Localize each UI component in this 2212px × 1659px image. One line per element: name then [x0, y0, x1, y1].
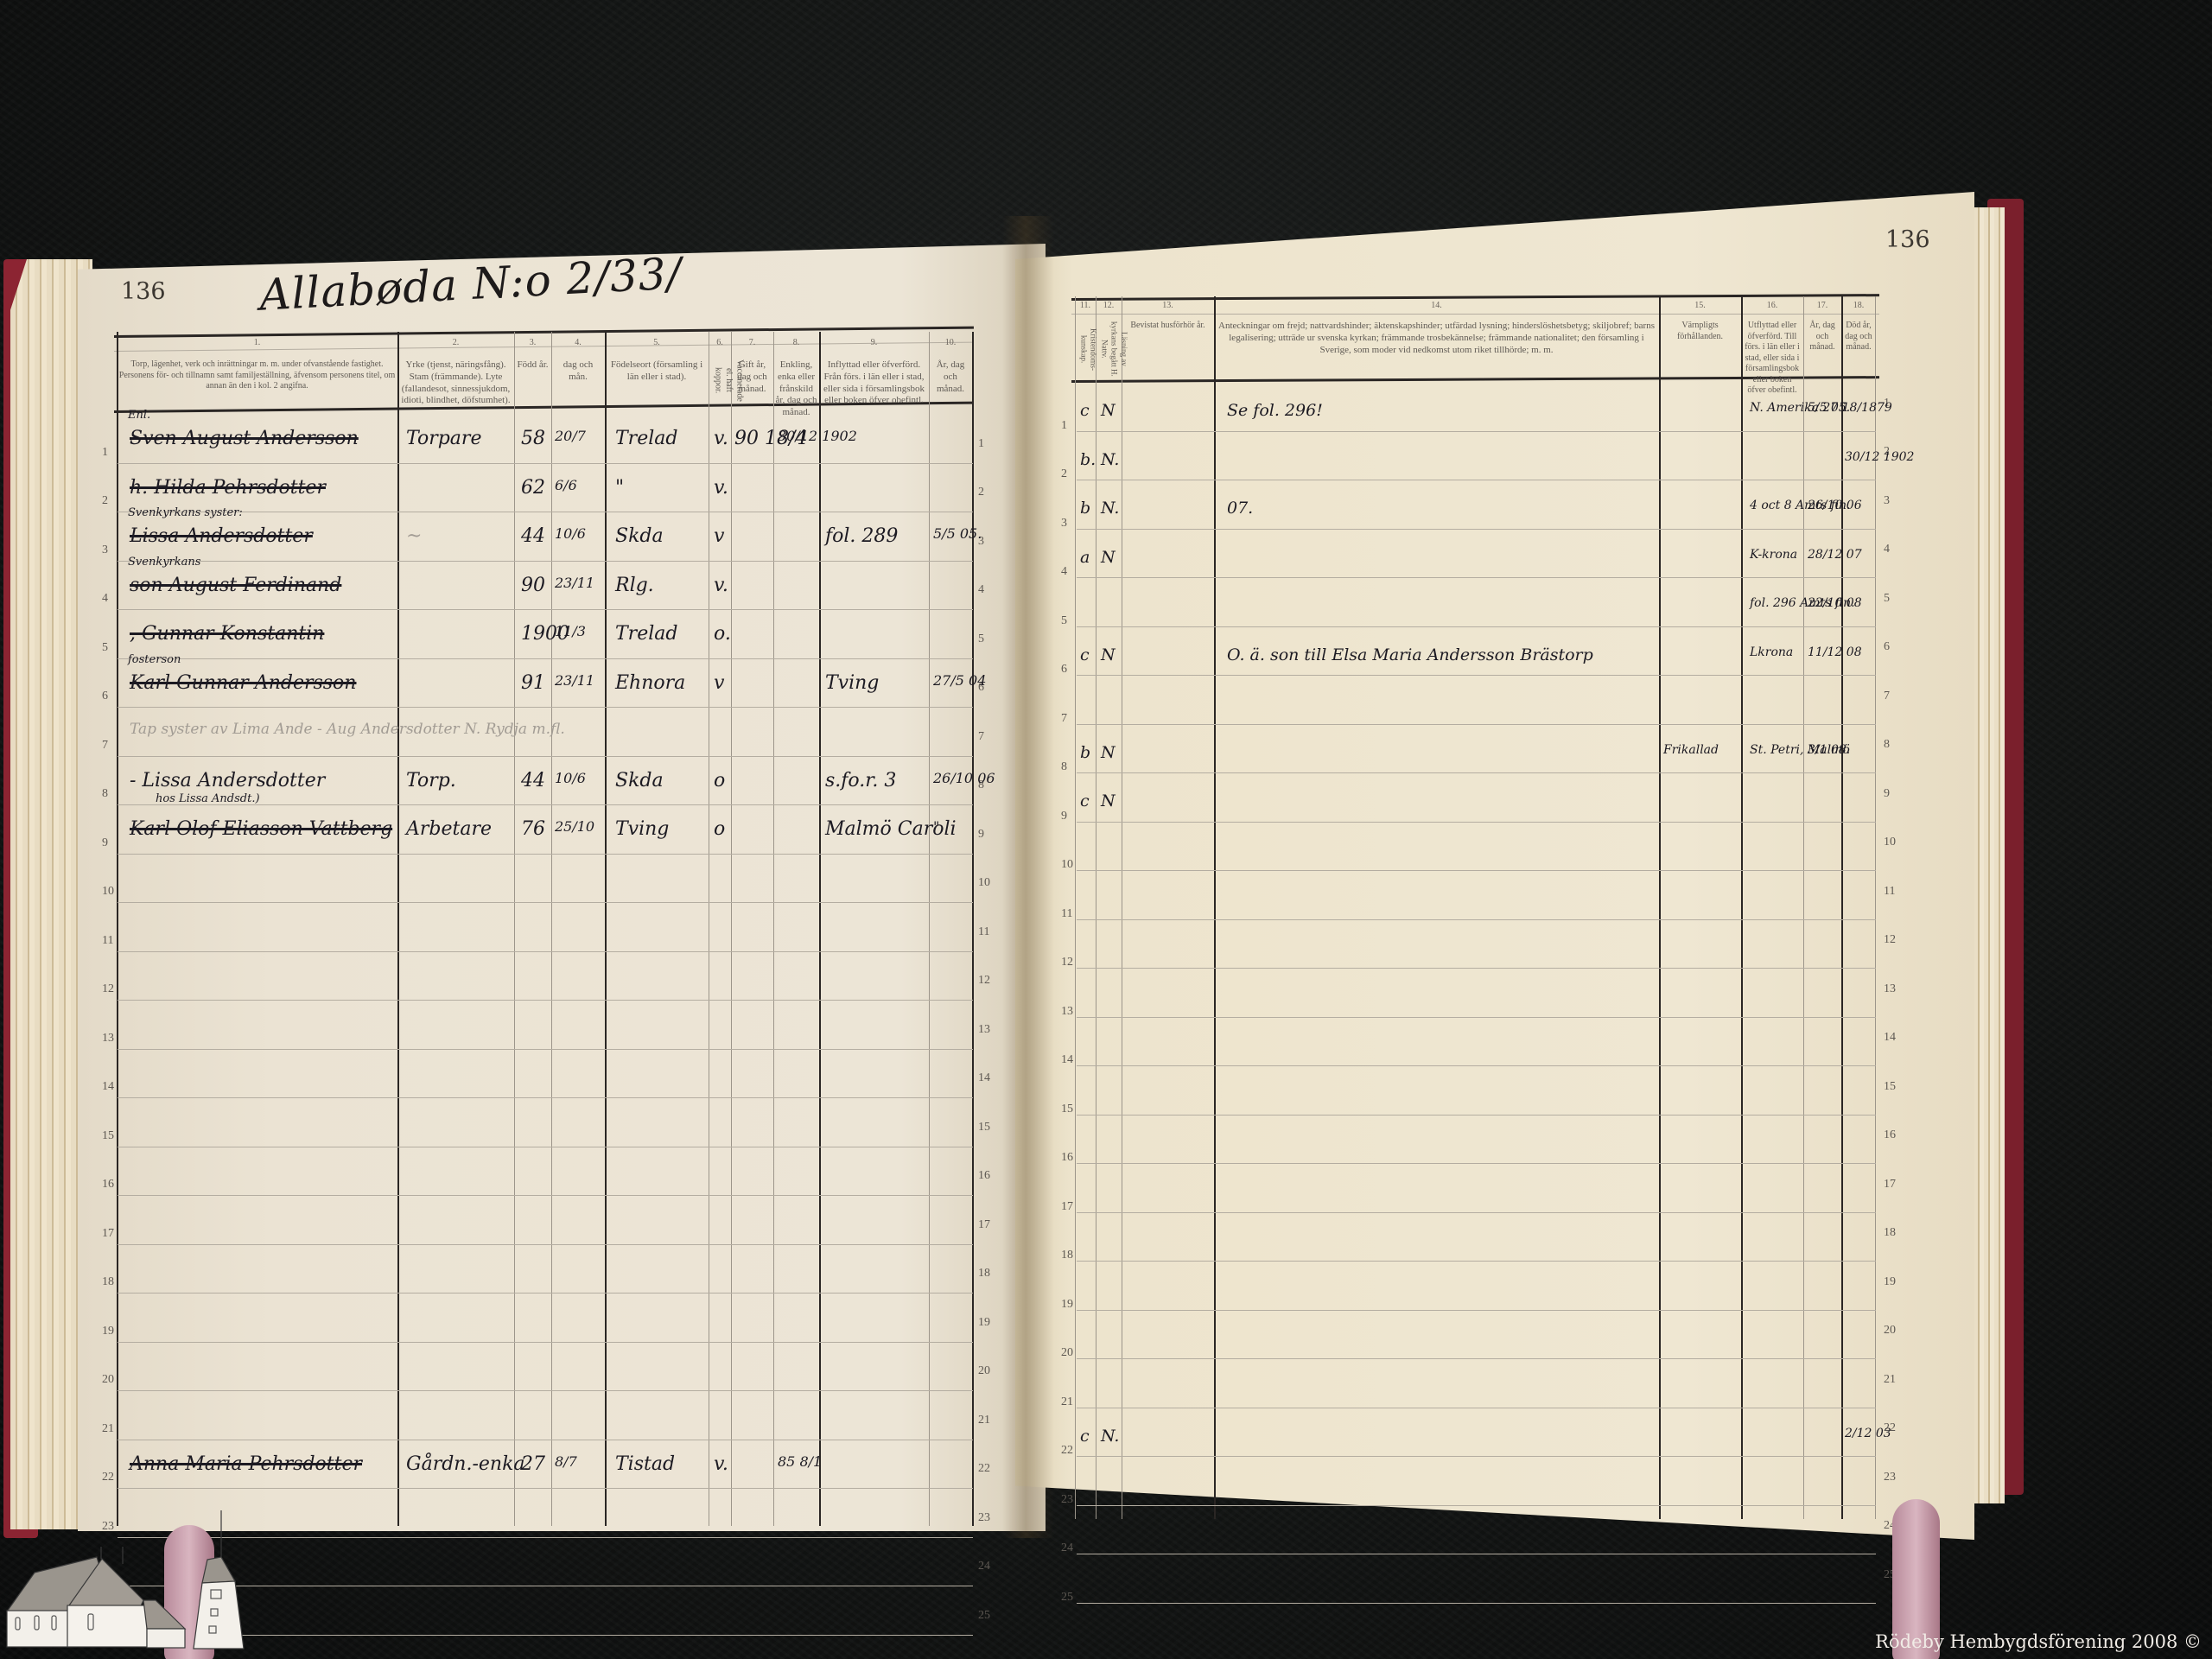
row-number-far-right: 9 [1884, 787, 1890, 801]
row-line-right [1077, 1456, 1876, 1457]
entry-moved-date: 5/5 05. [1808, 401, 1850, 415]
row-line-right [1077, 626, 1876, 627]
column-header: Födelseort (församling i län eller i sta… [607, 359, 707, 384]
entry-date: 6/6 [555, 477, 577, 493]
row-line [118, 902, 973, 903]
entry-year: 90 [521, 575, 545, 596]
row-line-right [1077, 772, 1876, 773]
column-number-right: 16. [1741, 301, 1803, 310]
row-line [118, 854, 973, 855]
entry-vacc: v [714, 672, 724, 694]
column-number: 3. [514, 338, 551, 347]
row-number-right: 13 [1061, 1005, 1073, 1019]
row-number-far-right: 7 [1884, 690, 1890, 703]
row-number-far-right: 3 [1884, 494, 1890, 508]
entry-moved-date: " [933, 818, 939, 835]
row-number-right: 17 [1061, 1200, 1073, 1214]
row-line [118, 951, 973, 952]
row-line-right [1077, 968, 1876, 969]
row-number-right-margin: 10 [978, 876, 990, 890]
row-number-right: 18 [1061, 1249, 1073, 1262]
entry-knowledge: c [1080, 791, 1090, 810]
row-number-right: 24 [1061, 1541, 1073, 1555]
row-line-right [1077, 480, 1876, 480]
row-number: 7 [102, 739, 108, 753]
row-number-right-margin: 13 [978, 1023, 990, 1037]
row-number-right: 6 [1061, 663, 1067, 677]
entry-date: 23/11 [555, 672, 594, 689]
row-number: 5 [102, 641, 108, 655]
row-number-right: 14 [1061, 1053, 1073, 1067]
column-number-right: 15. [1659, 301, 1741, 310]
entry-birthplace: Skda [615, 770, 664, 791]
row-line [118, 1147, 973, 1147]
row-number-right: 16 [1061, 1151, 1073, 1165]
row-number-far-right: 13 [1884, 982, 1896, 996]
row-number-right-margin: 16 [978, 1169, 990, 1183]
page-number-left: 136 [121, 278, 166, 305]
row-number-right: 10 [1061, 858, 1073, 872]
entry-name: - Lissa Andersdotter [130, 770, 325, 791]
row-number-right-margin: 1 [978, 437, 984, 451]
row-line [118, 561, 973, 562]
church-and-bell-tower-icon [0, 1503, 259, 1650]
entry-knowledge: c [1080, 401, 1090, 420]
row-number-right: 8 [1061, 760, 1067, 774]
row-line-right [1077, 724, 1876, 725]
row-number-right-margin: 14 [978, 1071, 990, 1085]
row-line-right [1077, 431, 1876, 432]
column-header-right: Utflyttad eller öfverförd. Till förs. i … [1744, 321, 1801, 397]
column-number-right: 12. [1096, 301, 1122, 310]
row-number: 14 [102, 1080, 114, 1094]
row-number-right-margin: 19 [978, 1316, 990, 1330]
entry-birthplace: Trelad [615, 428, 677, 449]
row-number: 9 [102, 836, 108, 850]
column-header-right: Kristendoms-kunskap. [1078, 319, 1098, 379]
entry-occupation: Torpare [406, 428, 481, 449]
row-number-right: 21 [1061, 1395, 1073, 1409]
row-number-right: 4 [1061, 565, 1067, 579]
row-number: 2 [102, 494, 108, 508]
entry-date: 25/10 [555, 818, 594, 835]
entry-date: 10/6 [555, 770, 586, 786]
entry-moved-date: 5/5 05. [933, 525, 982, 542]
row-number-right-margin: 25 [978, 1609, 990, 1623]
entry-died: 30/12 1902 [1845, 450, 1914, 464]
column-number: 6. [709, 338, 731, 347]
row-number-right-margin: 11 [978, 925, 989, 939]
entry-note: Svenkyrkans syster: [128, 506, 243, 519]
column-number-right: 14. [1214, 301, 1659, 310]
entry-to: K-krona [1750, 548, 1797, 562]
row-line [118, 1488, 973, 1489]
right-page [1015, 192, 1974, 1540]
column-header: År, dag och månad. [931, 359, 970, 395]
row-number-right-margin: 5 [978, 632, 984, 646]
entry-communion: N [1101, 548, 1116, 567]
entry-name: Karl Gunnar Andersson [130, 672, 356, 694]
page-number-right: 136 [1885, 226, 1930, 253]
entry-military: Frikallad [1663, 743, 1719, 757]
row-number-right: 22 [1061, 1444, 1073, 1458]
entry-year: 44 [521, 525, 545, 547]
column-header: Född år. [516, 359, 550, 372]
entry-vacc: v. [714, 1453, 728, 1475]
row-number: 3 [102, 543, 108, 557]
entry-date: 23/11 [555, 575, 594, 591]
entry-birthplace: Skda [615, 525, 664, 547]
row-line [118, 1342, 973, 1343]
row-line-right [1077, 577, 1876, 578]
entry-year: 62 [521, 477, 545, 499]
column-header: Enkling, enka eller frånskild år, dag oc… [775, 359, 817, 419]
row-line [118, 1049, 973, 1050]
row-number-right: 23 [1061, 1493, 1073, 1507]
row-number-far-right: 16 [1884, 1128, 1896, 1142]
entry-year: 44 [521, 770, 545, 791]
entry-communion: N. [1101, 1427, 1119, 1446]
row-number-far-right: 5 [1884, 592, 1890, 606]
entry-knowledge: b [1080, 499, 1090, 518]
entry-year: 27 [521, 1453, 545, 1475]
column-number: 2. [397, 338, 514, 347]
entry-widowed: 30/12 1902 [778, 428, 857, 444]
row-line-right [1077, 529, 1876, 530]
entry-occupation: Arbetare [406, 818, 492, 840]
column-header-right: Anteckningar om frejd; nattvardshinder; … [1217, 321, 1656, 356]
column-divider-right [1075, 296, 1076, 1519]
column-number: 9. [819, 338, 929, 347]
row-line-right [1077, 1261, 1876, 1262]
row-number: 10 [102, 885, 114, 899]
row-line-right [1077, 1065, 1876, 1066]
row-line-right [1077, 1310, 1876, 1311]
column-number: 10. [929, 338, 972, 347]
entry-vacc: v [714, 525, 724, 547]
entry-date: 20/7 [555, 428, 586, 444]
entry-vacc: o. [714, 623, 731, 645]
row-number: 8 [102, 787, 108, 801]
row-number: 1 [102, 446, 108, 460]
column-number: 5. [605, 338, 709, 347]
row-number-right-margin: 18 [978, 1267, 990, 1281]
entry-date: 8/7 [555, 1453, 577, 1470]
entry-name: Tap syster av Lima Ande - Aug Andersdott… [130, 721, 565, 738]
row-line-right [1077, 1163, 1876, 1164]
copyright-credit: Rödeby Hembygdsförening 2008 © [1875, 1631, 2202, 1652]
entry-name: Lissa Andersdotter [130, 525, 313, 547]
row-line [118, 512, 973, 512]
row-number-far-right: 10 [1884, 836, 1896, 849]
row-number-far-right: 14 [1884, 1031, 1896, 1045]
row-line-right [1077, 1505, 1876, 1506]
entry-name: Anna Maria Pehrsdotter [130, 1453, 362, 1475]
row-line-right [1077, 1603, 1876, 1604]
entry-knowledge: c [1080, 645, 1090, 664]
row-number-right-margin: 4 [978, 583, 984, 597]
row-number-right-margin: 12 [978, 974, 990, 988]
row-number-far-right: 11 [1884, 885, 1895, 899]
entry-from: s.fo.r. 3 [825, 770, 896, 791]
entry-from: fol. 289 [825, 525, 898, 547]
row-number-right-margin: 15 [978, 1121, 990, 1135]
entry-birthplace: Trelad [615, 623, 677, 645]
entry-communion: N [1101, 401, 1116, 420]
row-number-right-margin: 7 [978, 730, 984, 744]
row-number-right-margin: 23 [978, 1511, 990, 1525]
column-header-right: År, dag och månad. [1806, 321, 1839, 353]
row-line-right [1077, 1115, 1876, 1116]
row-line-right [1077, 1408, 1876, 1408]
entry-name: h. Hilda Pehrsdotter [130, 477, 326, 499]
entry-moved-date: 22/10 08 [1808, 596, 1862, 610]
entry-note: Enl. [128, 409, 150, 422]
entry-date: 10/6 [555, 525, 586, 542]
entry-communion: N [1101, 743, 1116, 762]
row-number-right: 12 [1061, 956, 1073, 969]
row-number-right-margin: 9 [978, 828, 984, 842]
entry-moved-date: 26/10 06 [1808, 499, 1862, 512]
entry-communion: N [1101, 791, 1116, 810]
entry-knowledge: b [1080, 743, 1090, 762]
row-line-right [1077, 919, 1876, 920]
column-number: 1. [117, 338, 397, 347]
entry-vacc: v. [714, 575, 728, 596]
entry-note: fosterson [128, 653, 181, 666]
row-number: 21 [102, 1422, 114, 1436]
row-number: 11 [102, 934, 113, 948]
entry-vacc: o [714, 770, 725, 791]
row-number-right: 15 [1061, 1103, 1073, 1116]
row-number-right: 7 [1061, 712, 1067, 726]
entry-sub: hos Lissa Andsdt.) [156, 792, 260, 805]
column-number: 7. [731, 338, 773, 347]
entry-name: , Gunnar Konstantin [130, 623, 324, 645]
row-number: 4 [102, 592, 108, 606]
row-number-right: 19 [1061, 1298, 1073, 1312]
row-line-right [1077, 1554, 1876, 1554]
entry-knowledge: b. [1080, 450, 1096, 469]
entry-knowledge: c [1080, 1427, 1090, 1446]
entry-moved-date: 27/5 04 [933, 672, 986, 689]
entry-communion: N [1101, 645, 1116, 664]
row-number-right: 9 [1061, 810, 1067, 823]
book-gutter [1002, 216, 1054, 1538]
row-line [118, 1097, 973, 1098]
column-header-right: Död år, dag och månad. [1844, 321, 1873, 353]
entry-occupation: Torp. [406, 770, 456, 791]
entry-note: Svenkyrkans [128, 556, 200, 569]
entry-notes: O. ä. son till Elsa Maria Andersson Bräs… [1227, 645, 1593, 664]
row-line [118, 1440, 973, 1440]
entry-date: 11/3 [555, 623, 586, 639]
row-number: 20 [102, 1373, 114, 1387]
column-number-right: 18. [1841, 301, 1876, 310]
row-line-right [1077, 1358, 1876, 1359]
row-number-far-right: 19 [1884, 1275, 1896, 1289]
row-number-right-margin: 20 [978, 1364, 990, 1378]
entry-name: Sven August Andersson [130, 428, 359, 449]
row-number-right: 1 [1061, 419, 1067, 433]
entry-name: son August Ferdinand [130, 575, 341, 596]
row-line [118, 707, 973, 708]
row-number-far-right: 21 [1884, 1373, 1896, 1387]
row-number-far-right: 6 [1884, 640, 1890, 654]
row-number-right-margin: 22 [978, 1462, 990, 1476]
row-number-far-right: 15 [1884, 1080, 1896, 1094]
row-number: 12 [102, 982, 114, 996]
row-number-far-right: 18 [1884, 1226, 1896, 1240]
row-number-right: 3 [1061, 517, 1067, 531]
row-number-right: 20 [1061, 1346, 1073, 1360]
row-number-right-margin: 2 [978, 486, 984, 499]
entry-communion: N. [1101, 499, 1119, 518]
entry-notes: 07. [1227, 499, 1253, 518]
row-line [118, 1000, 973, 1001]
entry-moved-date: 3/1 08. [1808, 743, 1850, 757]
entry-notes: Se fol. 296! [1227, 401, 1323, 420]
entry-moved-date: 28/12 07 [1808, 548, 1862, 562]
column-number-right: 11. [1075, 301, 1096, 310]
entry-birthplace: " [615, 477, 624, 499]
entry-widowed: 85 8/1 [778, 1453, 822, 1470]
row-line-right [1077, 870, 1876, 871]
row-number-far-right: 12 [1884, 933, 1896, 947]
column-number-right: 17. [1803, 301, 1841, 310]
row-number-right: 2 [1061, 467, 1067, 481]
entry-occupation: ~ [406, 525, 422, 547]
row-number: 19 [102, 1325, 114, 1338]
column-header: Inflyttad eller öfverförd. Från förs. i … [821, 359, 927, 407]
row-number-far-right: 23 [1884, 1471, 1896, 1484]
column-header: Torp, lägenhet, verk och inrättningar m.… [118, 359, 396, 392]
entry-vacc: v. [714, 477, 728, 499]
row-number-far-right: 4 [1884, 543, 1890, 556]
row-number-right-margin: 17 [978, 1218, 990, 1232]
row-line-right [1077, 1017, 1876, 1018]
column-number-rule-right [1071, 314, 1879, 315]
entry-communion: N. [1101, 450, 1119, 469]
entry-to: Lkrona [1750, 645, 1793, 659]
column-header-right: Värnpligts förhållanden. [1662, 321, 1738, 342]
entry-moved-date: 11/12 08 [1808, 645, 1862, 659]
entry-birthplace: Ehnora [615, 672, 685, 694]
row-number: 16 [102, 1178, 114, 1192]
entry-moved-date: 26/10 06 [933, 770, 995, 786]
column-header: Yrke (tjenst, näringsfång). Stam (främma… [399, 359, 512, 407]
row-line-right [1077, 822, 1876, 823]
row-number: 15 [102, 1129, 114, 1143]
row-number: 6 [102, 690, 108, 703]
column-header: Gift år, dag och månad. [733, 359, 772, 395]
entry-year: 58 [521, 428, 545, 449]
row-number-right: 25 [1061, 1591, 1073, 1605]
row-number-right-margin: 21 [978, 1414, 990, 1427]
entry-occupation: Gårdn.-enka [406, 1453, 525, 1475]
row-number-far-right: 20 [1884, 1324, 1896, 1338]
column-header: dag och mån. [553, 359, 603, 384]
entry-year: 91 [521, 672, 545, 694]
row-line-right [1077, 675, 1876, 676]
row-number: 18 [102, 1275, 114, 1289]
row-number-right: 11 [1061, 907, 1072, 921]
entry-died: 2/12 03 [1845, 1427, 1891, 1440]
row-line [118, 463, 973, 464]
row-line [118, 1293, 973, 1294]
row-number-right: 5 [1061, 614, 1067, 628]
row-number-right-margin: 24 [978, 1560, 990, 1573]
row-line [118, 756, 973, 757]
row-number: 13 [102, 1032, 114, 1046]
row-line-right [1077, 1212, 1876, 1213]
column-header-right: Bevistat husförhör år. [1124, 321, 1211, 332]
entry-birthplace: Tving [615, 818, 669, 840]
entry-birthplace: Rlg. [615, 575, 654, 596]
row-number-far-right: 8 [1884, 738, 1890, 752]
entry-vacc: o [714, 818, 725, 840]
row-number: 22 [102, 1471, 114, 1484]
row-line [118, 609, 973, 610]
entry-vacc: v. [714, 428, 728, 449]
column-number-right: 13. [1122, 301, 1214, 310]
row-line [118, 1195, 973, 1196]
row-line [118, 658, 973, 659]
entry-knowledge: a [1080, 548, 1090, 567]
row-number-far-right: 17 [1884, 1178, 1896, 1192]
entry-year: 76 [521, 818, 545, 840]
row-number: 17 [102, 1227, 114, 1241]
row-line [118, 1390, 973, 1391]
entry-birthplace: Tistad [615, 1453, 675, 1475]
column-number: 8. [773, 338, 819, 347]
entry-from: Tving [825, 672, 879, 694]
column-number: 4. [551, 338, 605, 347]
row-line [118, 1244, 973, 1245]
entry-name: Karl Olof Eliasson Vattberg [130, 818, 392, 840]
